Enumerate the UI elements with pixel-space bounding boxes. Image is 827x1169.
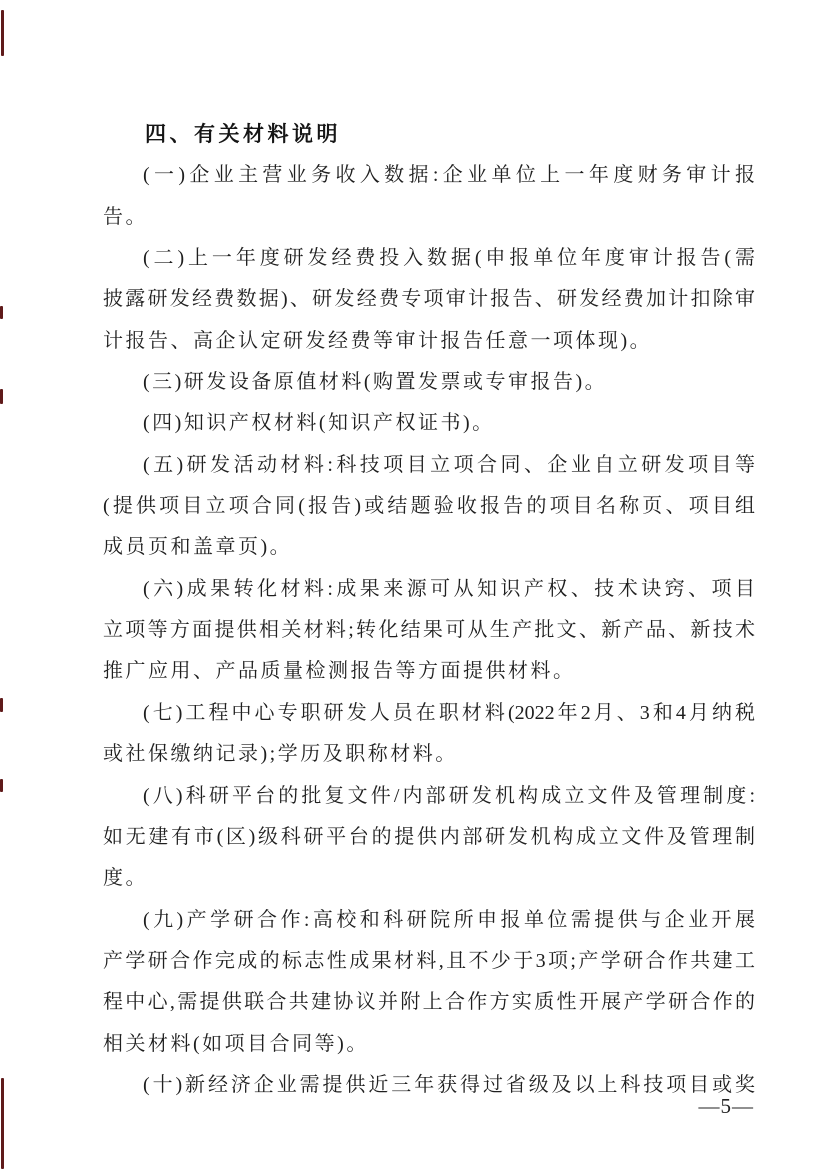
text-line: (提供项目立项合同(报告)或结题验收报告的项目名称页、项目组	[103, 486, 755, 527]
text-line: 成员页和盖章页)。	[103, 527, 755, 568]
edge-mark	[1, 1078, 4, 1169]
text-line: (三)研发设备原值材料(购置发票或专审报告)。	[103, 362, 755, 403]
text-line: (八)科研平台的批复文件/内部研发机构成立文件及管理制度:	[103, 776, 755, 817]
text-line: 产学研合作完成的标志性成果材料,且不少于3项;产学研合作共建工	[103, 941, 755, 982]
edge-mark	[1, 10, 4, 56]
text-line: 披露研发经费数据)、研发经费专项审计报告、研发经费加计扣除审	[103, 279, 755, 320]
text-line: (九)产学研合作:高校和科研院所申报单位需提供与企业开展	[103, 900, 755, 941]
text-line: 度。	[103, 858, 755, 899]
text-line: (五)研发活动材料:科技项目立项合同、企业自立研发项目等	[103, 445, 755, 486]
text-line: (一)企业主营业务收入数据:企业单位上一年度财务审计报	[103, 155, 755, 196]
text-line: 或社保缴纳记录);学历及职称材料。	[103, 734, 755, 775]
text-line: 告。	[103, 197, 755, 238]
text-line: (二)上一年度研发经费投入数据(申报单位年度审计报告(需	[103, 238, 755, 279]
text-line: (四)知识产权材料(知识产权证书)。	[103, 403, 755, 444]
text-line: 程中心,需提供联合共建协议并附上合作方实质性开展产学研合作的	[103, 982, 755, 1023]
page-number: —5—	[699, 1094, 755, 1118]
edge-mark	[0, 306, 3, 319]
text-line: (七)工程中心专职研发人员在职材料(2022年2月、3和4月纳税	[103, 693, 755, 734]
edge-mark	[0, 779, 3, 792]
document-page: 四、有关材料说明 (一)企业主营业务收入数据:企业单位上一年度财务审计报告。(二…	[0, 0, 827, 1169]
text-line: 如无建有市(区)级科研平台的提供内部研发机构成立文件及管理制	[103, 817, 755, 858]
text-line: (六)成果转化材料:成果来源可从知识产权、技术诀窍、项目	[103, 569, 755, 610]
text-line: 相关材料(如项目合同等)。	[103, 1024, 755, 1065]
text-line: 立项等方面提供相关材料;转化结果可从生产批文、新产品、新技术	[103, 610, 755, 651]
edge-mark	[0, 698, 3, 712]
paragraphs-container: (一)企业主营业务收入数据:企业单位上一年度财务审计报告。(二)上一年度研发经费…	[103, 155, 755, 1106]
section-heading: 四、有关材料说明	[103, 114, 755, 155]
text-line: 推广应用、产品质量检测报告等方面提供材料。	[103, 651, 755, 692]
text-line: (十)新经济企业需提供近三年获得过省级及以上科技项目或奖	[103, 1065, 755, 1106]
text-line: 计报告、高企认定研发经费等审计报告任意一项体现)。	[103, 321, 755, 362]
document-body: 四、有关材料说明 (一)企业主营业务收入数据:企业单位上一年度财务审计报告。(二…	[103, 114, 755, 1106]
edge-mark	[0, 389, 3, 404]
